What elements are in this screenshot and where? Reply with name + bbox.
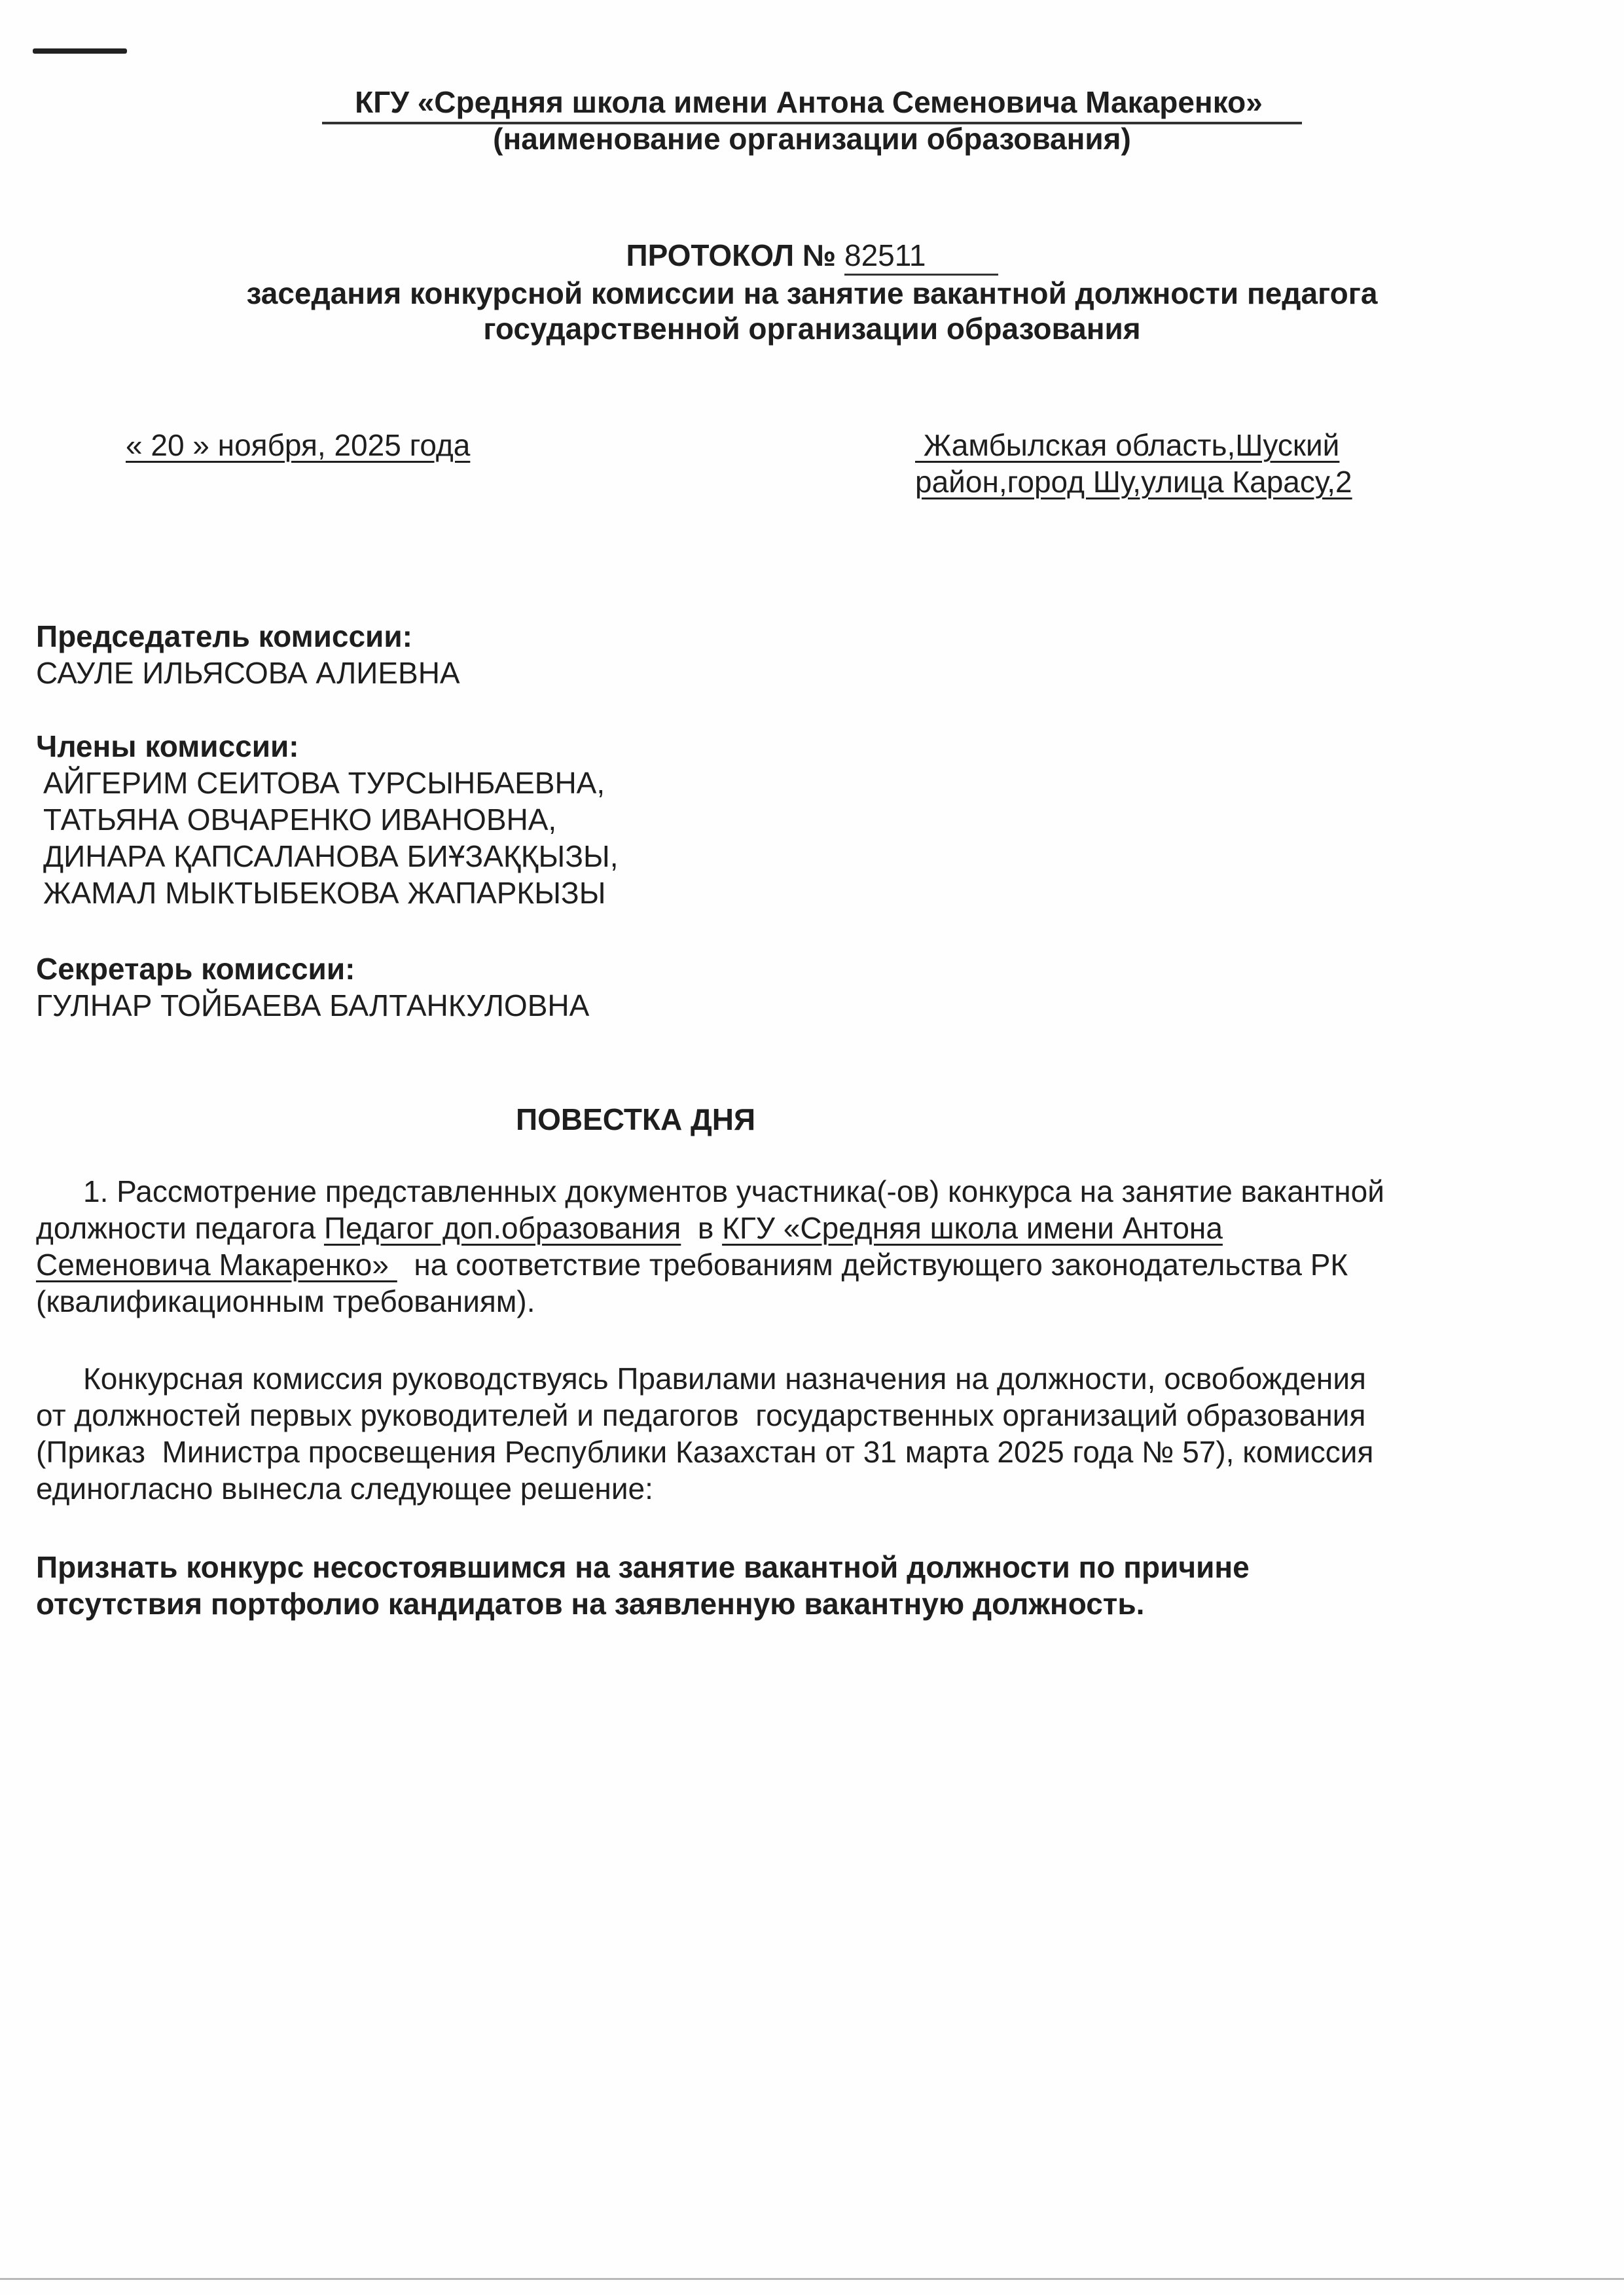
agenda-position: Педагог доп.образования (324, 1211, 681, 1245)
protocol-subtitle-line1: заседания конкурсной комиссии на занятие… (0, 275, 1624, 312)
scan-edge (0, 2278, 1624, 2280)
chair-name: САУЛЕ ИЛЬЯСОВА АЛИЕВНА (36, 655, 460, 691)
member-name: АЙГЕРИМ СЕИТОВА ТУРСЫНБАЕВНА, (43, 765, 619, 801)
protocol-subtitle-line2: государственной организации образования (0, 310, 1624, 347)
agenda-title: ПОВЕСТКА ДНЯ (516, 1101, 755, 1138)
organization-caption: (наименование организации образования) (0, 120, 1624, 157)
agenda-item-1: 1. Рассмотрение представленных документо… (36, 1173, 1384, 1320)
member-name: ДИНАРА ҚАПСАЛАНОВА БИҰЗАҚҚЫЗЫ, (43, 838, 619, 875)
member-name: ТАТЬЯНА ОВЧАРЕНКО ИВАНОВНА, (43, 801, 619, 838)
meeting-location-line1: Жамбылская область,Шуский (915, 427, 1339, 463)
protocol-title-prefix: ПРОТОКОЛ № (626, 238, 837, 272)
members-list: АЙГЕРИМ СЕИТОВА ТУРСЫНБАЕВНА, ТАТЬЯНА ОВ… (43, 765, 619, 911)
protocol-title: ПРОТОКОЛ № 82511 (0, 237, 1624, 276)
scan-mark (33, 48, 127, 54)
protocol-number: 82511 (844, 237, 998, 276)
secretary-label: Секретарь комиссии: (36, 950, 355, 987)
decision: Признать конкурс несостоявшимся на занят… (36, 1549, 1398, 1622)
meeting-date: « 20 » ноября, 2025 года (126, 427, 470, 463)
chair-label: Председатель комиссии: (36, 618, 412, 655)
agenda-item-text: в (681, 1211, 722, 1245)
secretary-name: ГУЛНАР ТОЙБАЕВА БАЛТАНКУЛОВНА (36, 987, 589, 1024)
organization-header: КГУ «Средняя школа имени Антона Семенови… (0, 84, 1624, 124)
document-page: КГУ «Средняя школа имени Антона Семенови… (0, 0, 1624, 2295)
members-label: Члены комиссии: (36, 728, 299, 765)
member-name: ЖАМАЛ МЫКТЫБЕКОВА ЖАПАРКЫЗЫ (43, 875, 619, 911)
organization-name: КГУ «Средняя школа имени Антона Семенови… (322, 84, 1302, 124)
body-paragraph: Конкурсная комиссия руководствуясь Прави… (36, 1360, 1398, 1507)
meeting-location-line2: район,город Шу,улица Карасу,2 (915, 463, 1352, 500)
